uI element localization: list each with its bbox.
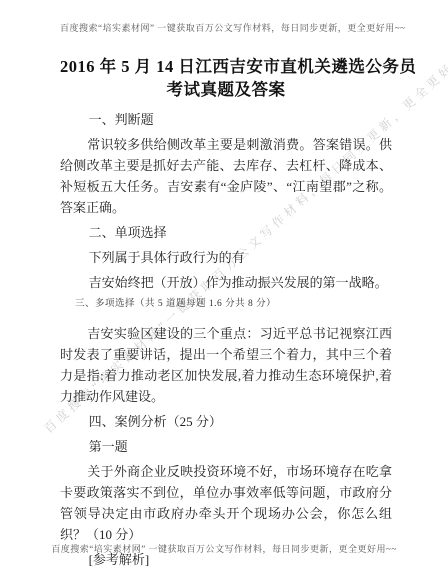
document-title: 2016 年 5 月 14 日江西吉安市直机关遴选公务员 考试真题及答案 (60, 55, 392, 101)
document-title-line2: 考试真题及答案 (60, 78, 392, 101)
paragraph-judgement-answer: 常识较多供给侧改革主要是刺激消费。答案错误。供给侧改革主要是抓好去产能、去库存、… (60, 134, 392, 218)
paragraph-multi-choice-answer: 吉安实验区建设的三个重点：习近平总书记视察江西时发表了重要讲话，提出一个希望三个… (60, 323, 392, 407)
document-page: 百度搜索“培实素材网”一键获取百万公文写作材料，每日同步更新，更全更好用~~ 百… (0, 0, 448, 580)
document-title-line1: 2016 年 5 月 14 日江西吉安市直机关遴选公务员 (60, 55, 392, 78)
section-heading-multi-choice: 三、多项选择（共 5 道题每题 1.6 分共 8 分） (60, 297, 392, 311)
footer-promo-note: 百度搜索“培实素材网” 一键获取百万公文写作材料，每日同步更新，更全更好用~~ (0, 543, 448, 556)
line-single-choice-answer: 吉安始终把（开放）作为推动振兴发展的第一战略。 (60, 272, 392, 293)
section-heading-case-analysis: 四、案例分析（25 分） (60, 411, 392, 432)
line-question-one: 第一题 (60, 436, 392, 457)
section-heading-judgement: 一、判断题 (60, 109, 392, 130)
page-content: 百度搜索“培实素材网” 一键获取百万公文写作材料，每日同步更新，更全更好用~~ … (0, 0, 448, 570)
section-heading-single-choice: 二、单项选择 (60, 222, 392, 243)
paragraph-case-question: 关于外商企业反映投资环境不好，市场环境存在吃拿卡要政策落实不到位，单位办事效率低… (60, 461, 392, 545)
document-body: 一、判断题 常识较多供给侧改革主要是刺激消费。答案错误。供给侧改革主要是抓好去产… (60, 109, 392, 570)
line-single-choice-question: 下列属于具体行政行为的有 (60, 247, 392, 268)
header-promo-note: 百度搜索“培实素材网” 一键获取百万公文写作材料，每日同步更新，更全更好用~~ (60, 22, 392, 35)
